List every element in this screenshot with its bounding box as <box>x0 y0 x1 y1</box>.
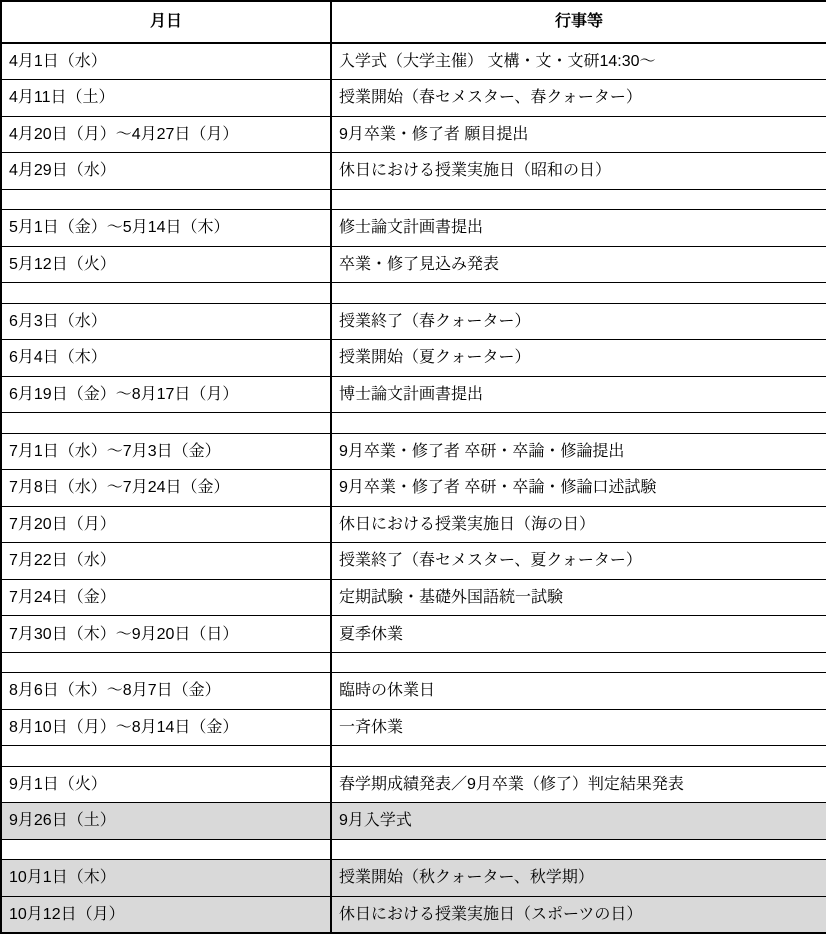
date-cell: 9月26日（土） <box>1 803 331 840</box>
table-row: 5月12日（火）卒業・修了見込み発表 <box>1 246 826 283</box>
event-cell <box>331 746 826 766</box>
separator-row <box>1 652 826 672</box>
event-cell: 春学期成績発表／9月卒業（修了）判定結果発表 <box>331 766 826 803</box>
table-row: 7月1日（水）～7月3日（金）9月卒業・修了者 卒研・卒論・修論提出 <box>1 433 826 470</box>
date-cell: 7月24日（金） <box>1 579 331 616</box>
date-cell: 7月8日（水）～7月24日（金） <box>1 470 331 507</box>
column-header-event: 行事等 <box>331 1 826 43</box>
event-cell: 授業開始（春セメスター、春クォーター） <box>331 80 826 117</box>
date-cell: 6月3日（水） <box>1 303 331 340</box>
date-cell: 6月4日（木） <box>1 340 331 377</box>
header-row: 月日 行事等 <box>1 1 826 43</box>
table-row: 10月12日（月）休日における授業実施日（スポーツの日） <box>1 896 826 933</box>
table-row: 7月30日（木）～9月20日（日）夏季休業 <box>1 616 826 653</box>
table-row: 9月26日（土）9月入学式 <box>1 803 826 840</box>
date-cell <box>1 189 331 209</box>
event-cell: 臨時の休業日 <box>331 673 826 710</box>
date-cell: 6月19日（金）～8月17日（月） <box>1 376 331 413</box>
table-row: 6月19日（金）～8月17日（月）博士論文計画書提出 <box>1 376 826 413</box>
separator-row <box>1 839 826 859</box>
table-row: 4月29日（水）休日における授業実施日（昭和の日） <box>1 153 826 190</box>
event-cell: 授業開始（夏クォーター） <box>331 340 826 377</box>
table-row: 7月8日（水）～7月24日（金）9月卒業・修了者 卒研・卒論・修論口述試験 <box>1 470 826 507</box>
event-cell: 博士論文計画書提出 <box>331 376 826 413</box>
separator-row <box>1 283 826 303</box>
table-row: 7月24日（金）定期試験・基礎外国語統一試験 <box>1 579 826 616</box>
date-cell: 7月1日（水）～7月3日（金） <box>1 433 331 470</box>
table-row: 8月10日（月）～8月14日（金）一斉休業 <box>1 709 826 746</box>
column-header-date: 月日 <box>1 1 331 43</box>
event-cell: 夏季休業 <box>331 616 826 653</box>
event-cell: 9月卒業・修了者 願目提出 <box>331 116 826 153</box>
event-cell: 修士論文計画書提出 <box>331 210 826 247</box>
date-cell: 4月1日（水） <box>1 43 331 80</box>
event-cell <box>331 283 826 303</box>
event-cell: 9月入学式 <box>331 803 826 840</box>
date-cell: 9月1日（火） <box>1 766 331 803</box>
date-cell: 4月29日（水） <box>1 153 331 190</box>
table-row: 7月20日（月）休日における授業実施日（海の日） <box>1 506 826 543</box>
separator-row <box>1 746 826 766</box>
table-row: 10月1日（木）授業開始（秋クォーター、秋学期） <box>1 860 826 897</box>
table-row: 6月3日（水）授業終了（春クォーター） <box>1 303 826 340</box>
date-cell: 5月12日（火） <box>1 246 331 283</box>
date-cell: 4月11日（土） <box>1 80 331 117</box>
table-row: 9月1日（火）春学期成績発表／9月卒業（修了）判定結果発表 <box>1 766 826 803</box>
calendar-rows: 4月1日（水）入学式（大学主催） 文構・文・文研14:30～4月11日（土）授業… <box>1 43 826 933</box>
table-row: 4月20日（月）～4月27日（月）9月卒業・修了者 願目提出 <box>1 116 826 153</box>
date-cell <box>1 413 331 433</box>
event-cell: 定期試験・基礎外国語統一試験 <box>331 579 826 616</box>
event-cell <box>331 413 826 433</box>
date-cell <box>1 283 331 303</box>
event-cell: 休日における授業実施日（昭和の日） <box>331 153 826 190</box>
event-cell: 卒業・修了見込み発表 <box>331 246 826 283</box>
event-cell <box>331 189 826 209</box>
event-cell: 授業終了（春クォーター） <box>331 303 826 340</box>
date-cell: 7月22日（水） <box>1 543 331 580</box>
table-row: 8月6日（木）～8月7日（金）臨時の休業日 <box>1 673 826 710</box>
date-cell <box>1 839 331 859</box>
academic-calendar-table: 月日 行事等 4月1日（水）入学式（大学主催） 文構・文・文研14:30～4月1… <box>0 0 826 934</box>
date-cell: 10月1日（木） <box>1 860 331 897</box>
separator-row <box>1 189 826 209</box>
date-cell <box>1 746 331 766</box>
table-row: 6月4日（木）授業開始（夏クォーター） <box>1 340 826 377</box>
date-cell <box>1 652 331 672</box>
table-row: 4月1日（水）入学式（大学主催） 文構・文・文研14:30～ <box>1 43 826 80</box>
separator-row <box>1 413 826 433</box>
date-cell: 8月6日（木）～8月7日（金） <box>1 673 331 710</box>
date-cell: 5月1日（金）～5月14日（木） <box>1 210 331 247</box>
event-cell <box>331 839 826 859</box>
table-row: 4月11日（土）授業開始（春セメスター、春クォーター） <box>1 80 826 117</box>
event-cell: 入学式（大学主催） 文構・文・文研14:30～ <box>331 43 826 80</box>
table-row: 7月22日（水）授業終了（春セメスター、夏クォーター） <box>1 543 826 580</box>
date-cell: 4月20日（月）～4月27日（月） <box>1 116 331 153</box>
event-cell: 授業開始（秋クォーター、秋学期） <box>331 860 826 897</box>
date-cell: 7月20日（月） <box>1 506 331 543</box>
table-row: 5月1日（金）～5月14日（木）修士論文計画書提出 <box>1 210 826 247</box>
event-cell: 休日における授業実施日（海の日） <box>331 506 826 543</box>
date-cell: 7月30日（木）～9月20日（日） <box>1 616 331 653</box>
date-cell: 10月12日（月） <box>1 896 331 933</box>
event-cell: 一斉休業 <box>331 709 826 746</box>
event-cell: 9月卒業・修了者 卒研・卒論・修論提出 <box>331 433 826 470</box>
event-cell: 9月卒業・修了者 卒研・卒論・修論口述試験 <box>331 470 826 507</box>
event-cell <box>331 652 826 672</box>
date-cell: 8月10日（月）～8月14日（金） <box>1 709 331 746</box>
event-cell: 授業終了（春セメスター、夏クォーター） <box>331 543 826 580</box>
event-cell: 休日における授業実施日（スポーツの日） <box>331 896 826 933</box>
